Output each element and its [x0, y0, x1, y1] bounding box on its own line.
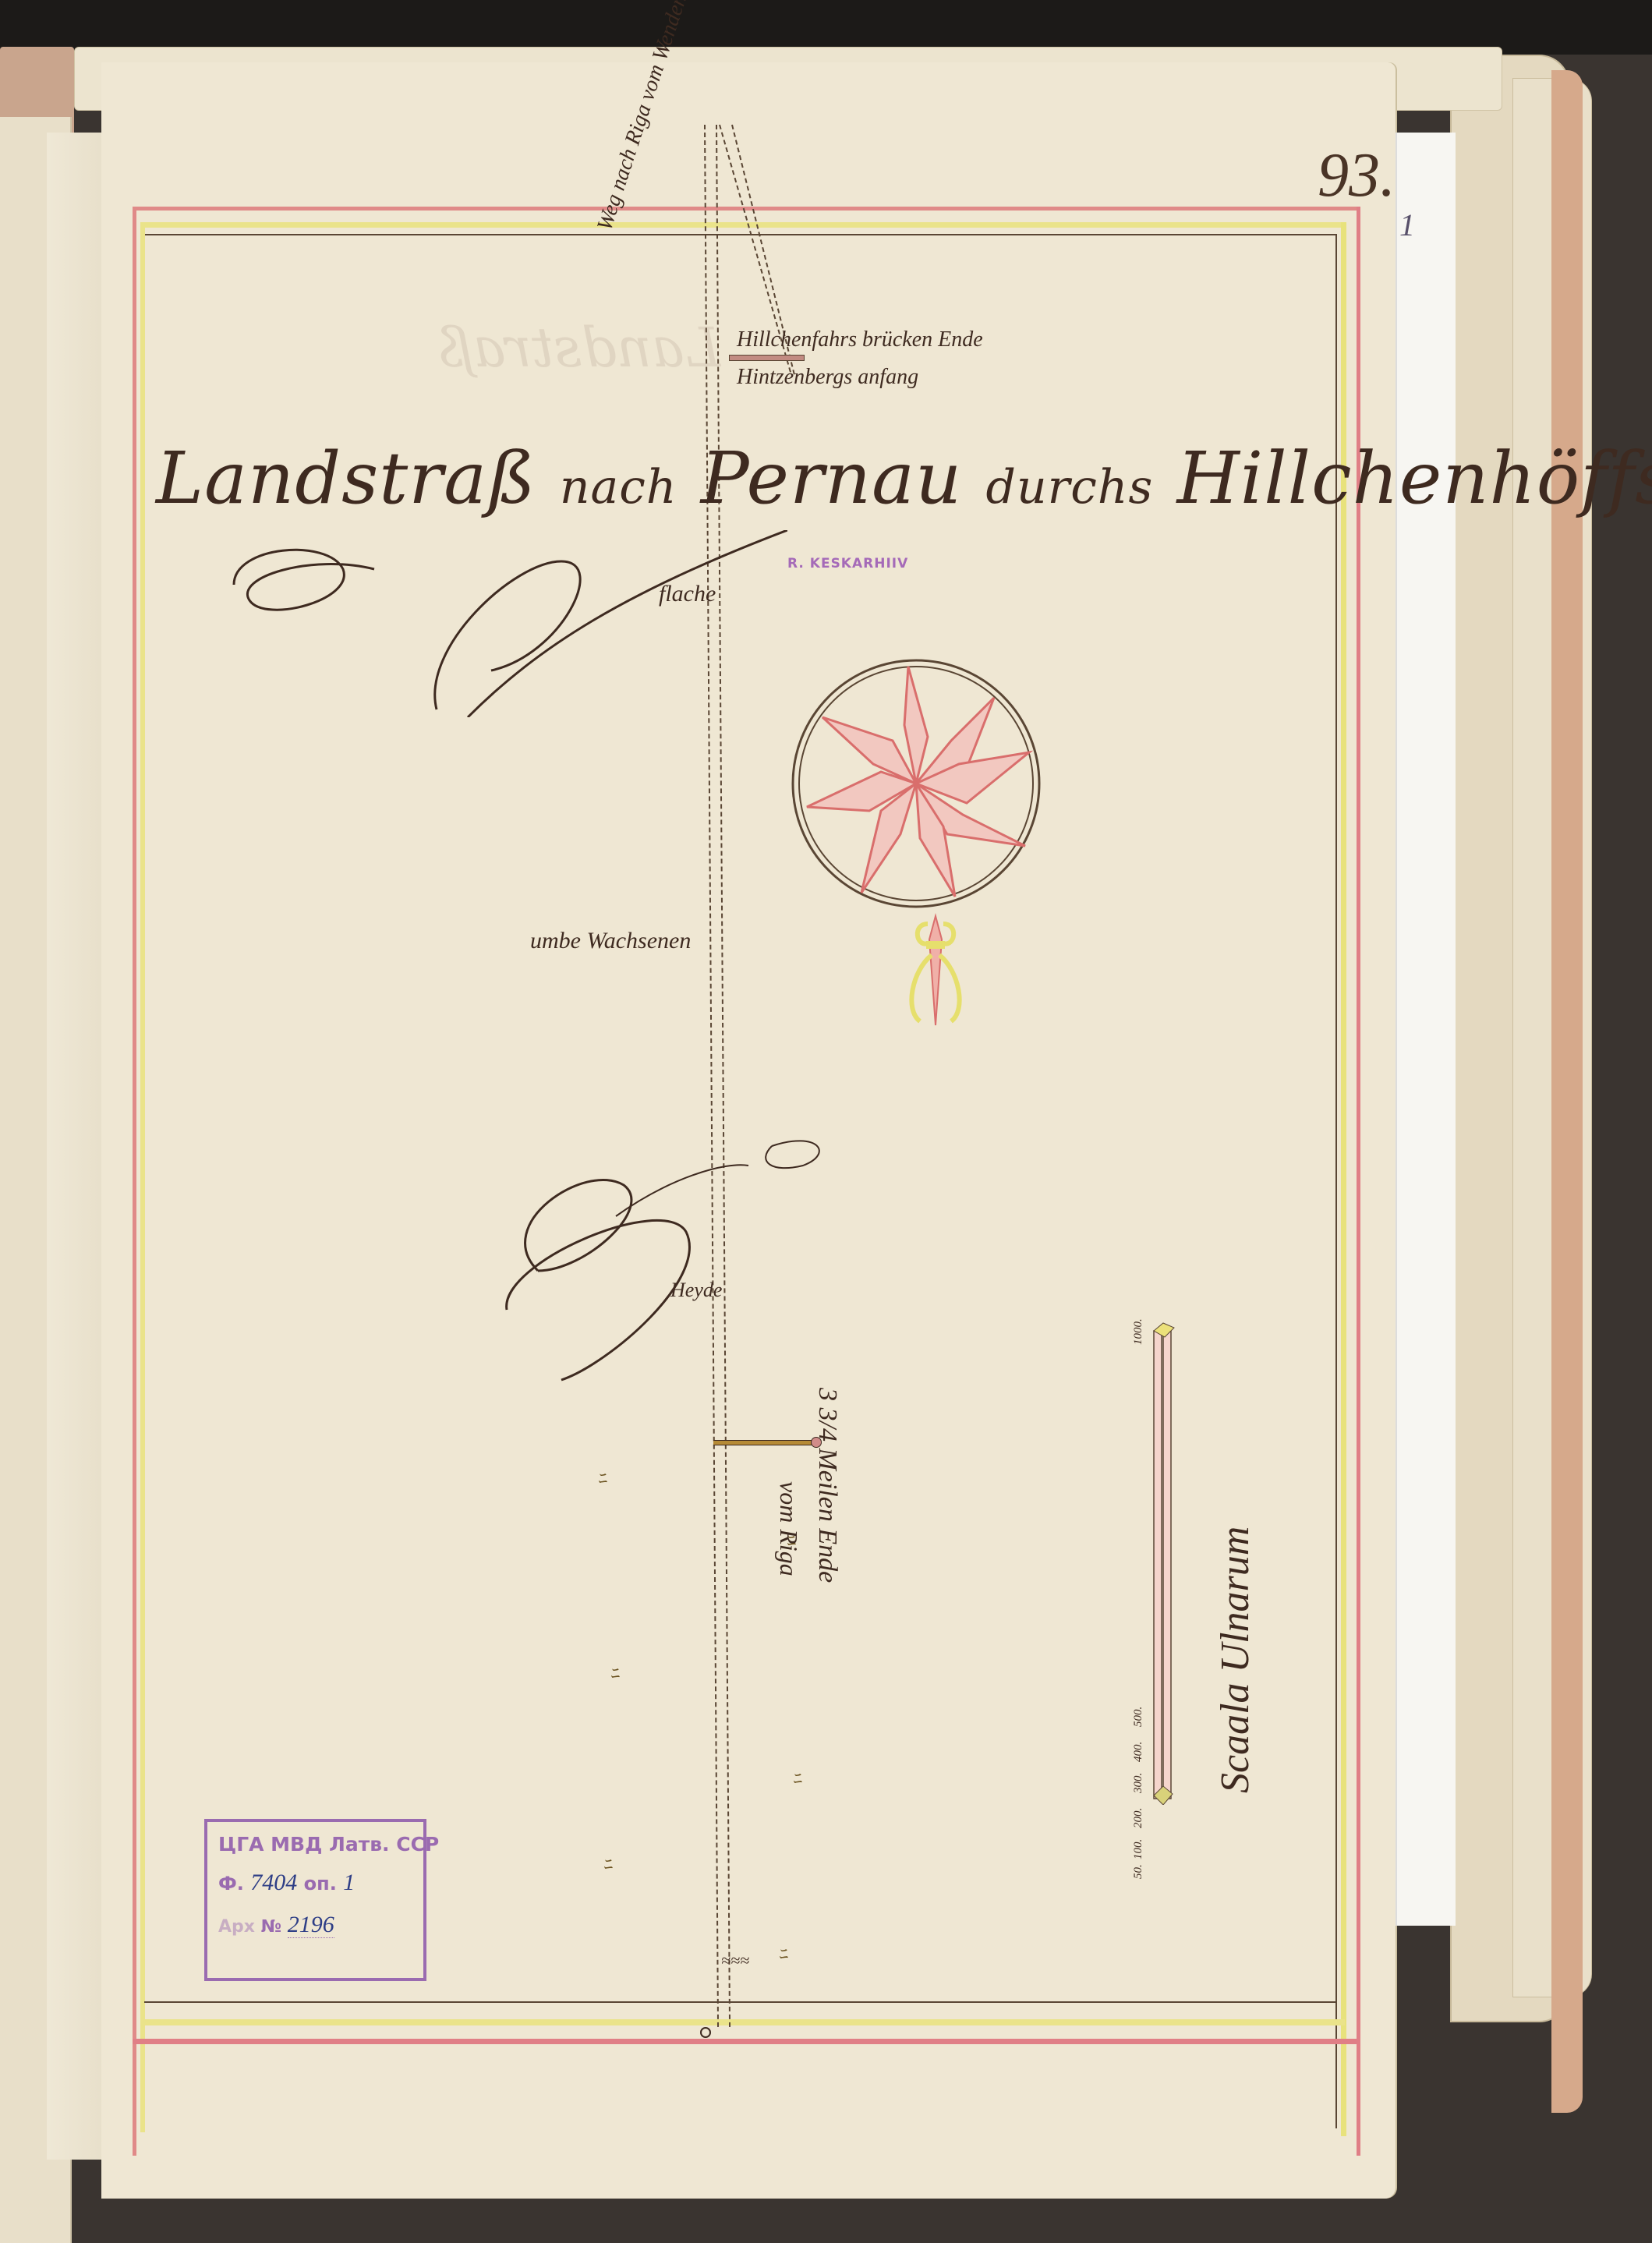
map-title: Landstraß nach Pernau durchs Hillchenhöf…: [156, 437, 1652, 520]
bridge-marker: [729, 355, 805, 361]
title-word: Landstraß: [156, 437, 536, 520]
paper-insert-strip: [1396, 133, 1456, 1926]
number-label: №: [261, 1917, 281, 1937]
arkh-label: Арх: [218, 1917, 255, 1937]
terrain-label-flache: flache: [659, 581, 716, 607]
scale-tick-label: 500.: [1132, 1707, 1145, 1727]
frame-border-red: [133, 2039, 1360, 2044]
frame-border-inner: [144, 2001, 1337, 2003]
grass-symbol-icon: ﾆ: [604, 1852, 613, 1876]
frame-border-red: [133, 207, 1360, 211]
frame-border-yellow: [140, 222, 145, 2132]
terrain-label-wachsen: umbe Wachsenen: [530, 928, 691, 954]
bleed-through-text: Landstraß: [437, 316, 720, 380]
calligraphic-flourish-icon: [421, 530, 787, 717]
marsh-water-symbol-icon: ≈≈≈: [721, 1951, 749, 1971]
scale-tick-label: 100.: [1132, 1839, 1145, 1859]
frame-border-yellow: [140, 2019, 1345, 2025]
title-word: Pernau: [701, 437, 963, 520]
scale-tick-label: 1000.: [1132, 1318, 1145, 1345]
folio-sub-number: 1: [1399, 207, 1415, 243]
archive-stamp-name: ЦГА МВД Латв. ССР: [218, 1833, 412, 1856]
road-end-marker: [700, 2027, 711, 2038]
binding-cloth-right: [1551, 70, 1583, 2113]
calligraphic-flourish-icon: [491, 1130, 858, 1388]
bridge-line-marker: [713, 1440, 815, 1445]
title-word: Hillchenhöffsche: [1177, 437, 1652, 520]
frame-border-red: [133, 207, 136, 2156]
scale-tick-label: 200.: [1132, 1808, 1145, 1828]
folio-number: 93.: [1318, 140, 1396, 211]
archive-ink-stamp: R. KESKARHIIV: [787, 556, 908, 571]
scale-tick-label: 400.: [1132, 1742, 1145, 1762]
title-word: nach: [560, 460, 677, 515]
arkh-value: 2196: [288, 1912, 334, 1938]
fond-value: 7404: [250, 1870, 297, 1895]
archive-stamp-fond-row: Ф. 7404 оп. 1: [218, 1870, 412, 1896]
grass-symbol-icon: ﾆ: [780, 1941, 788, 1965]
grass-symbol-icon: ﾆ: [794, 1766, 802, 1790]
grass-symbol-icon: ﾆ: [787, 1528, 796, 1552]
fleur-de-lis-north-icon: [904, 908, 967, 1033]
archive-stamp-file-row: Арх № 2196: [218, 1912, 412, 1938]
opis-value: 1: [343, 1870, 355, 1895]
archive-stamp-box: ЦГА МВД Латв. ССР Ф. 7404 оп. 1 Арх № 21…: [204, 1819, 426, 1981]
frame-border-yellow: [140, 222, 1345, 228]
distance-label: 3 3/4 Meilen Ende: [812, 1388, 842, 1583]
hill-start-label: Hintzenbergs anfang: [737, 365, 918, 390]
frame-border-inner: [144, 234, 1337, 235]
scale-title: Scaala Ulnarum: [1212, 1527, 1258, 1793]
scale-tick-label: 50.: [1132, 1864, 1145, 1879]
scale-bar-icon: [1152, 1321, 1177, 1805]
calligraphic-flourish-icon: [218, 538, 390, 632]
opis-label: оп.: [304, 1873, 337, 1895]
grass-symbol-icon: ﾆ: [611, 1661, 620, 1685]
title-word: durchs: [986, 460, 1154, 515]
terrain-label-heyde: Heyde: [670, 1279, 722, 1302]
compass-rose-icon: [787, 655, 1045, 912]
bridge-end-label: Hillchenfahrs brücken Ende: [737, 327, 983, 352]
scale-tick-label: 300.: [1132, 1773, 1145, 1793]
fond-label: Ф.: [218, 1873, 244, 1895]
grass-symbol-icon: ﾆ: [599, 1466, 607, 1490]
